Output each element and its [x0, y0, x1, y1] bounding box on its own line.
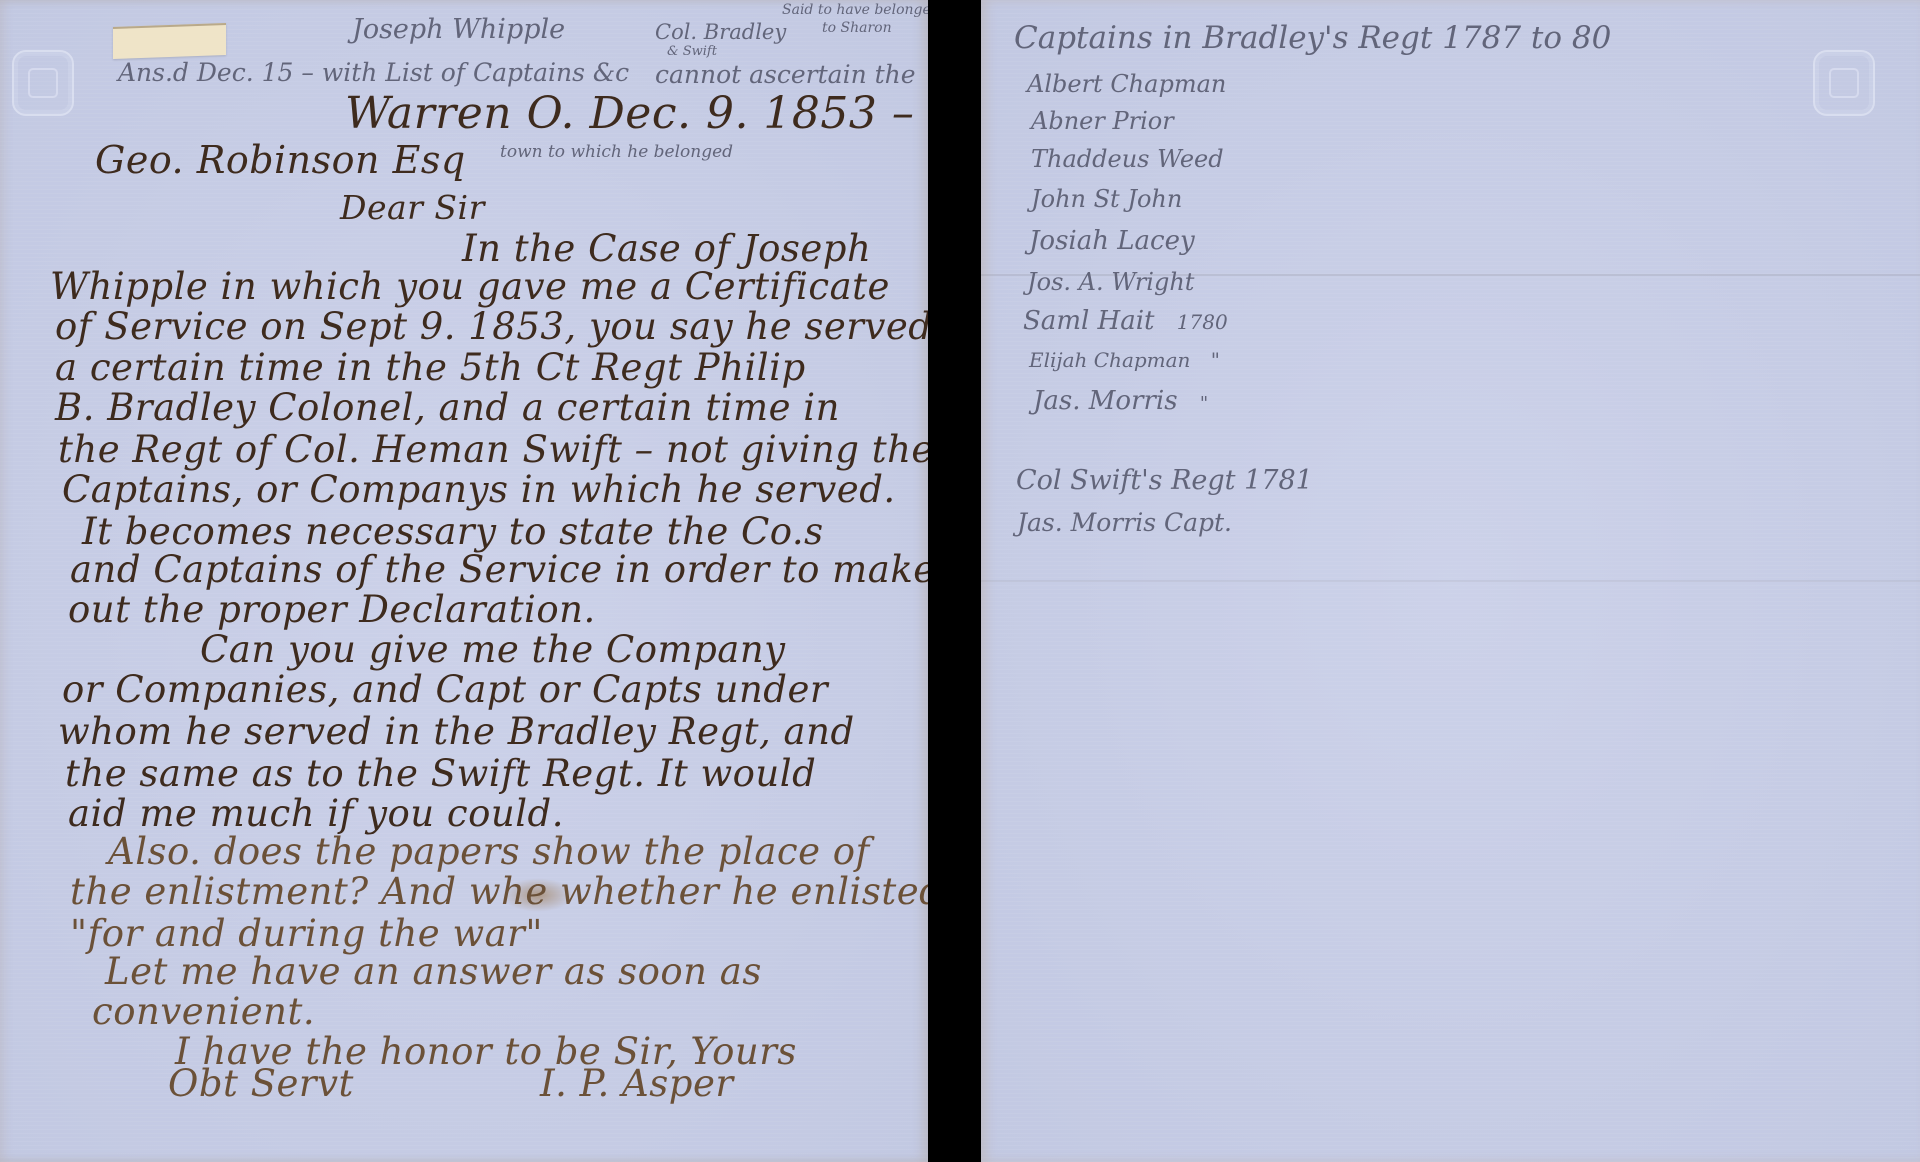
letter-page-right: Captains in Bradley's Regt 1787 to 80 Al… — [981, 0, 1920, 1162]
body-line: "for and during the war" — [70, 912, 543, 955]
ditto-mark: " — [1211, 348, 1220, 372]
list-item: Elijah Chapman " — [1029, 348, 1220, 372]
closing-obedient-servant: Obt Servt — [168, 1062, 354, 1105]
addressee: Geo. Robinson Esq — [95, 138, 466, 182]
captain-name: Jas. Morris — [1033, 386, 1178, 416]
signature: I. P. Asper — [540, 1062, 734, 1105]
body-line: a certain time in the 5th Ct Regt Philip — [55, 346, 806, 389]
captain-name: Thaddeus Weed — [1031, 145, 1224, 173]
body-line: B. Bradley Colonel, and a certain time i… — [55, 386, 840, 429]
captain-name: Jos. A. Wright — [1027, 268, 1194, 296]
list-item: Saml Hait 1780 — [1023, 306, 1228, 336]
body-line: of Service on Sept 9. 1853, you say he s… — [55, 305, 928, 348]
body-line: Can you give me the Company — [200, 628, 786, 671]
docket-swift-insert: & Swift — [667, 44, 717, 59]
swift-regiment-heading: Col Swift's Regt 1781 — [1016, 465, 1313, 496]
embossed-stationer-mark-icon — [12, 50, 74, 116]
letter-page-left: Joseph Whipple Col. Bradley Said to have… — [0, 0, 928, 1162]
body-line: Also. does the papers show the place of — [108, 830, 870, 873]
list-item: John St John — [1031, 185, 1182, 213]
captain-name: John St John — [1031, 185, 1182, 213]
ditto-mark: " — [1200, 393, 1208, 414]
captain-name: Elijah Chapman — [1029, 348, 1190, 372]
body-line: the same as to the Swift Regt. It would — [65, 752, 816, 795]
body-line: aid me much if you could. — [68, 792, 564, 835]
body-line: It becomes necessary to state the Co.s — [82, 510, 824, 553]
page-divider — [928, 0, 981, 1162]
body-line: or Companies, and Capt or Capts under — [62, 668, 828, 711]
body-line: Let me have an answer as soon as — [105, 950, 762, 993]
body-line: Whipple in which you gave me a Certifica… — [50, 265, 890, 308]
captain-name: Josiah Lacey — [1029, 226, 1195, 256]
captain-year: 1780 — [1177, 310, 1228, 334]
list-item: Josiah Lacey — [1029, 226, 1195, 256]
list-item: Jos. A. Wright — [1027, 268, 1194, 296]
list-item: Thaddeus Weed — [1031, 145, 1224, 173]
captain-name: Abner Prior — [1031, 107, 1174, 135]
body-line: convenient. — [92, 990, 315, 1033]
list-item: Albert Chapman — [1027, 70, 1226, 98]
captain-name: Albert Chapman — [1027, 70, 1226, 98]
docket-corner-note-line2: to Sharon — [822, 20, 892, 36]
body-line: whom he served in the Bradley Regt, and — [58, 710, 855, 753]
body-line: and Captains of the Service in order to … — [70, 548, 928, 591]
docket-name: Joseph Whipple — [352, 14, 565, 45]
body-line: the Regt of Col. Heman Swift – not givin… — [58, 428, 928, 471]
list-item: Jas. Morris " — [1033, 386, 1208, 416]
salutation: Dear Sir — [340, 188, 485, 227]
docket-answered-note: Ans.d Dec. 15 – with List of Captains &c — [118, 58, 629, 87]
body-line: Captains, or Companys in which he served… — [62, 468, 896, 511]
docket-town-note: town to which he belonged — [500, 142, 733, 162]
swift-regiment-captain: Jas. Morris Capt. — [1017, 508, 1232, 537]
body-line: out the proper Declaration. — [68, 588, 596, 631]
docket-colonel-note: Col. Bradley — [655, 20, 786, 44]
docket-cannot-ascertain: cannot ascertain the — [655, 60, 916, 89]
captain-name: Saml Hait — [1023, 306, 1155, 336]
paper-tab-fragment — [113, 23, 226, 59]
fold-line — [981, 580, 1920, 582]
dateline: Warren O. Dec. 9. 1853 – — [345, 88, 914, 139]
captains-list-heading: Captains in Bradley's Regt 1787 to 80 — [1014, 20, 1611, 56]
list-item: Abner Prior — [1031, 107, 1174, 135]
embossed-stationer-mark-icon — [1813, 50, 1875, 116]
body-line: the enlistment? And whe whether he enlis… — [70, 870, 928, 913]
body-line: In the Case of Joseph — [462, 227, 871, 270]
docket-corner-note-line1: Said to have belonged — [782, 2, 928, 18]
